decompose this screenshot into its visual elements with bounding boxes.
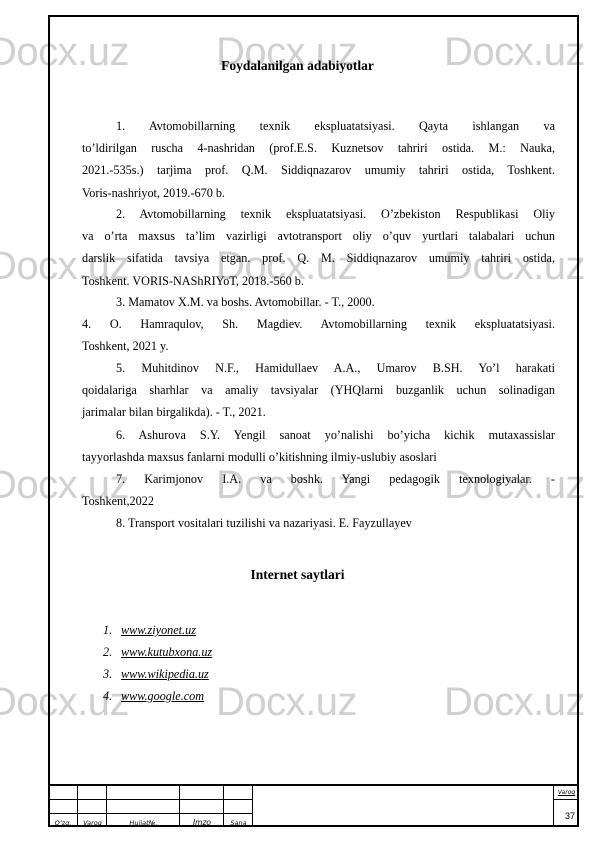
reference-line: Toshkent,2022 — [82, 490, 555, 512]
reference-line: 5. Muhitdinov N.F., Hamidullaev A.A., Um… — [82, 357, 555, 379]
reference-line: 7. Karimjonov I.A. va boshk. Yangi pedag… — [82, 468, 555, 490]
list-number: 4. — [103, 685, 121, 707]
reference-line: 6. Ashurova S.Y. Yengil sanoat yo’nalish… — [82, 424, 555, 446]
stamp-col-date: Sana — [224, 786, 253, 827]
list-item: 2. www.kutubxona.uz — [103, 641, 212, 663]
sheet-number-box: Varoq 37 — [553, 786, 579, 827]
reference-line: 8. Transport vositalari tuzilishi va naz… — [82, 512, 555, 534]
reference-4: 4. O. Hamraqulov, Sh. Magdiev. Avtomobil… — [82, 313, 555, 357]
reference-3: 3. Mamatov X.M. va boshs. Avtomobillar. … — [82, 291, 555, 313]
stamp-col-document: Hujjat№. — [107, 786, 180, 827]
list-number: 1. — [103, 619, 121, 641]
stamp-col-izm: O’zg. — [48, 786, 78, 827]
reference-line: to’ldirilgan ruscha 4-nashridan (prof.E.… — [82, 137, 555, 159]
sheet-label: Varoq — [554, 786, 579, 800]
website-link[interactable]: www.google.com — [121, 685, 204, 707]
reference-line: Voris-nashriyot, 2019.-670 b. — [82, 182, 555, 204]
stamp-label: O’zg. — [48, 819, 78, 827]
internet-sites-title: Internet saytlari — [0, 567, 595, 583]
website-link[interactable]: www.kutubxona.uz — [121, 641, 212, 663]
website-list: 1. www.ziyonet.uz 2. www.kutubxona.uz 3.… — [103, 619, 212, 707]
reference-line: tayyorlashda maxsus fanlarni modulli o’k… — [82, 446, 555, 468]
stamp-label: Hujjat№. — [107, 819, 180, 827]
reference-8: 8. Transport vositalari tuzilishi va naz… — [82, 512, 555, 534]
stamp-label: Imzo — [180, 818, 224, 827]
website-link[interactable]: www.ziyonet.uz — [121, 619, 196, 641]
list-item: 1. www.ziyonet.uz — [103, 619, 212, 641]
title-block-stamp: O’zg. Varoq Hujjat№. Imzo Sana Varoq 37 — [48, 784, 579, 827]
list-item: 3. www.wikipedia.uz — [103, 663, 212, 685]
list-number: 2. — [103, 641, 121, 663]
reference-line: 4. O. Hamraqulov, Sh. Magdiev. Avtomobil… — [82, 313, 555, 335]
reference-6: 6. Ashurova S.Y. Yengil sanoat yo’nalish… — [82, 424, 555, 468]
stamp-label: Varoq — [78, 819, 107, 827]
stamp-col-varoq: Varoq — [78, 786, 107, 827]
website-link[interactable]: www.wikipedia.uz — [121, 663, 209, 685]
reference-line: Toshkent, 2021 y. — [82, 335, 555, 357]
reference-line: va o’rta maxsus ta’lim vazirligi avtotra… — [82, 225, 555, 247]
reference-line: 2021.-535s.) tarjima prof. Q.M. Siddiqna… — [82, 159, 555, 181]
reference-5: 5. Muhitdinov N.F., Hamidullaev A.A., Um… — [82, 357, 555, 424]
reference-line: 2. Avtomobillarning texnik ekspluatatsiy… — [82, 203, 555, 225]
reference-line: 1. Avtomobillarning texnik ekspluatatsiy… — [82, 115, 555, 137]
list-item: 4. www.google.com — [103, 685, 212, 707]
reference-line: darslik sifatida tavsiya etgan. prof. Q.… — [82, 247, 555, 269]
page-title: Foydalanilgan adabiyotlar — [0, 58, 595, 74]
reference-2: 2. Avtomobillarning texnik ekspluatatsiy… — [82, 203, 555, 292]
reference-line: Toshkent. VORIS-NAShRIYoT, 2018.-560 b. — [82, 270, 555, 292]
page-number: 37 — [565, 811, 575, 821]
stamp-label: Sana — [224, 819, 253, 827]
reference-line: jarimalar bilan birgalikda). - T., 2021. — [82, 401, 555, 423]
list-number: 3. — [103, 663, 121, 685]
reference-1: 1. Avtomobillarning texnik ekspluatatsiy… — [82, 115, 555, 204]
reference-line: qoidalariga sharhlar va amaliy tavsiyala… — [82, 379, 555, 401]
reference-7: 7. Karimjonov I.A. va boshk. Yangi pedag… — [82, 468, 555, 512]
reference-line: 3. Mamatov X.M. va boshs. Avtomobillar. … — [82, 291, 555, 313]
stamp-col-signature: Imzo — [180, 786, 224, 827]
